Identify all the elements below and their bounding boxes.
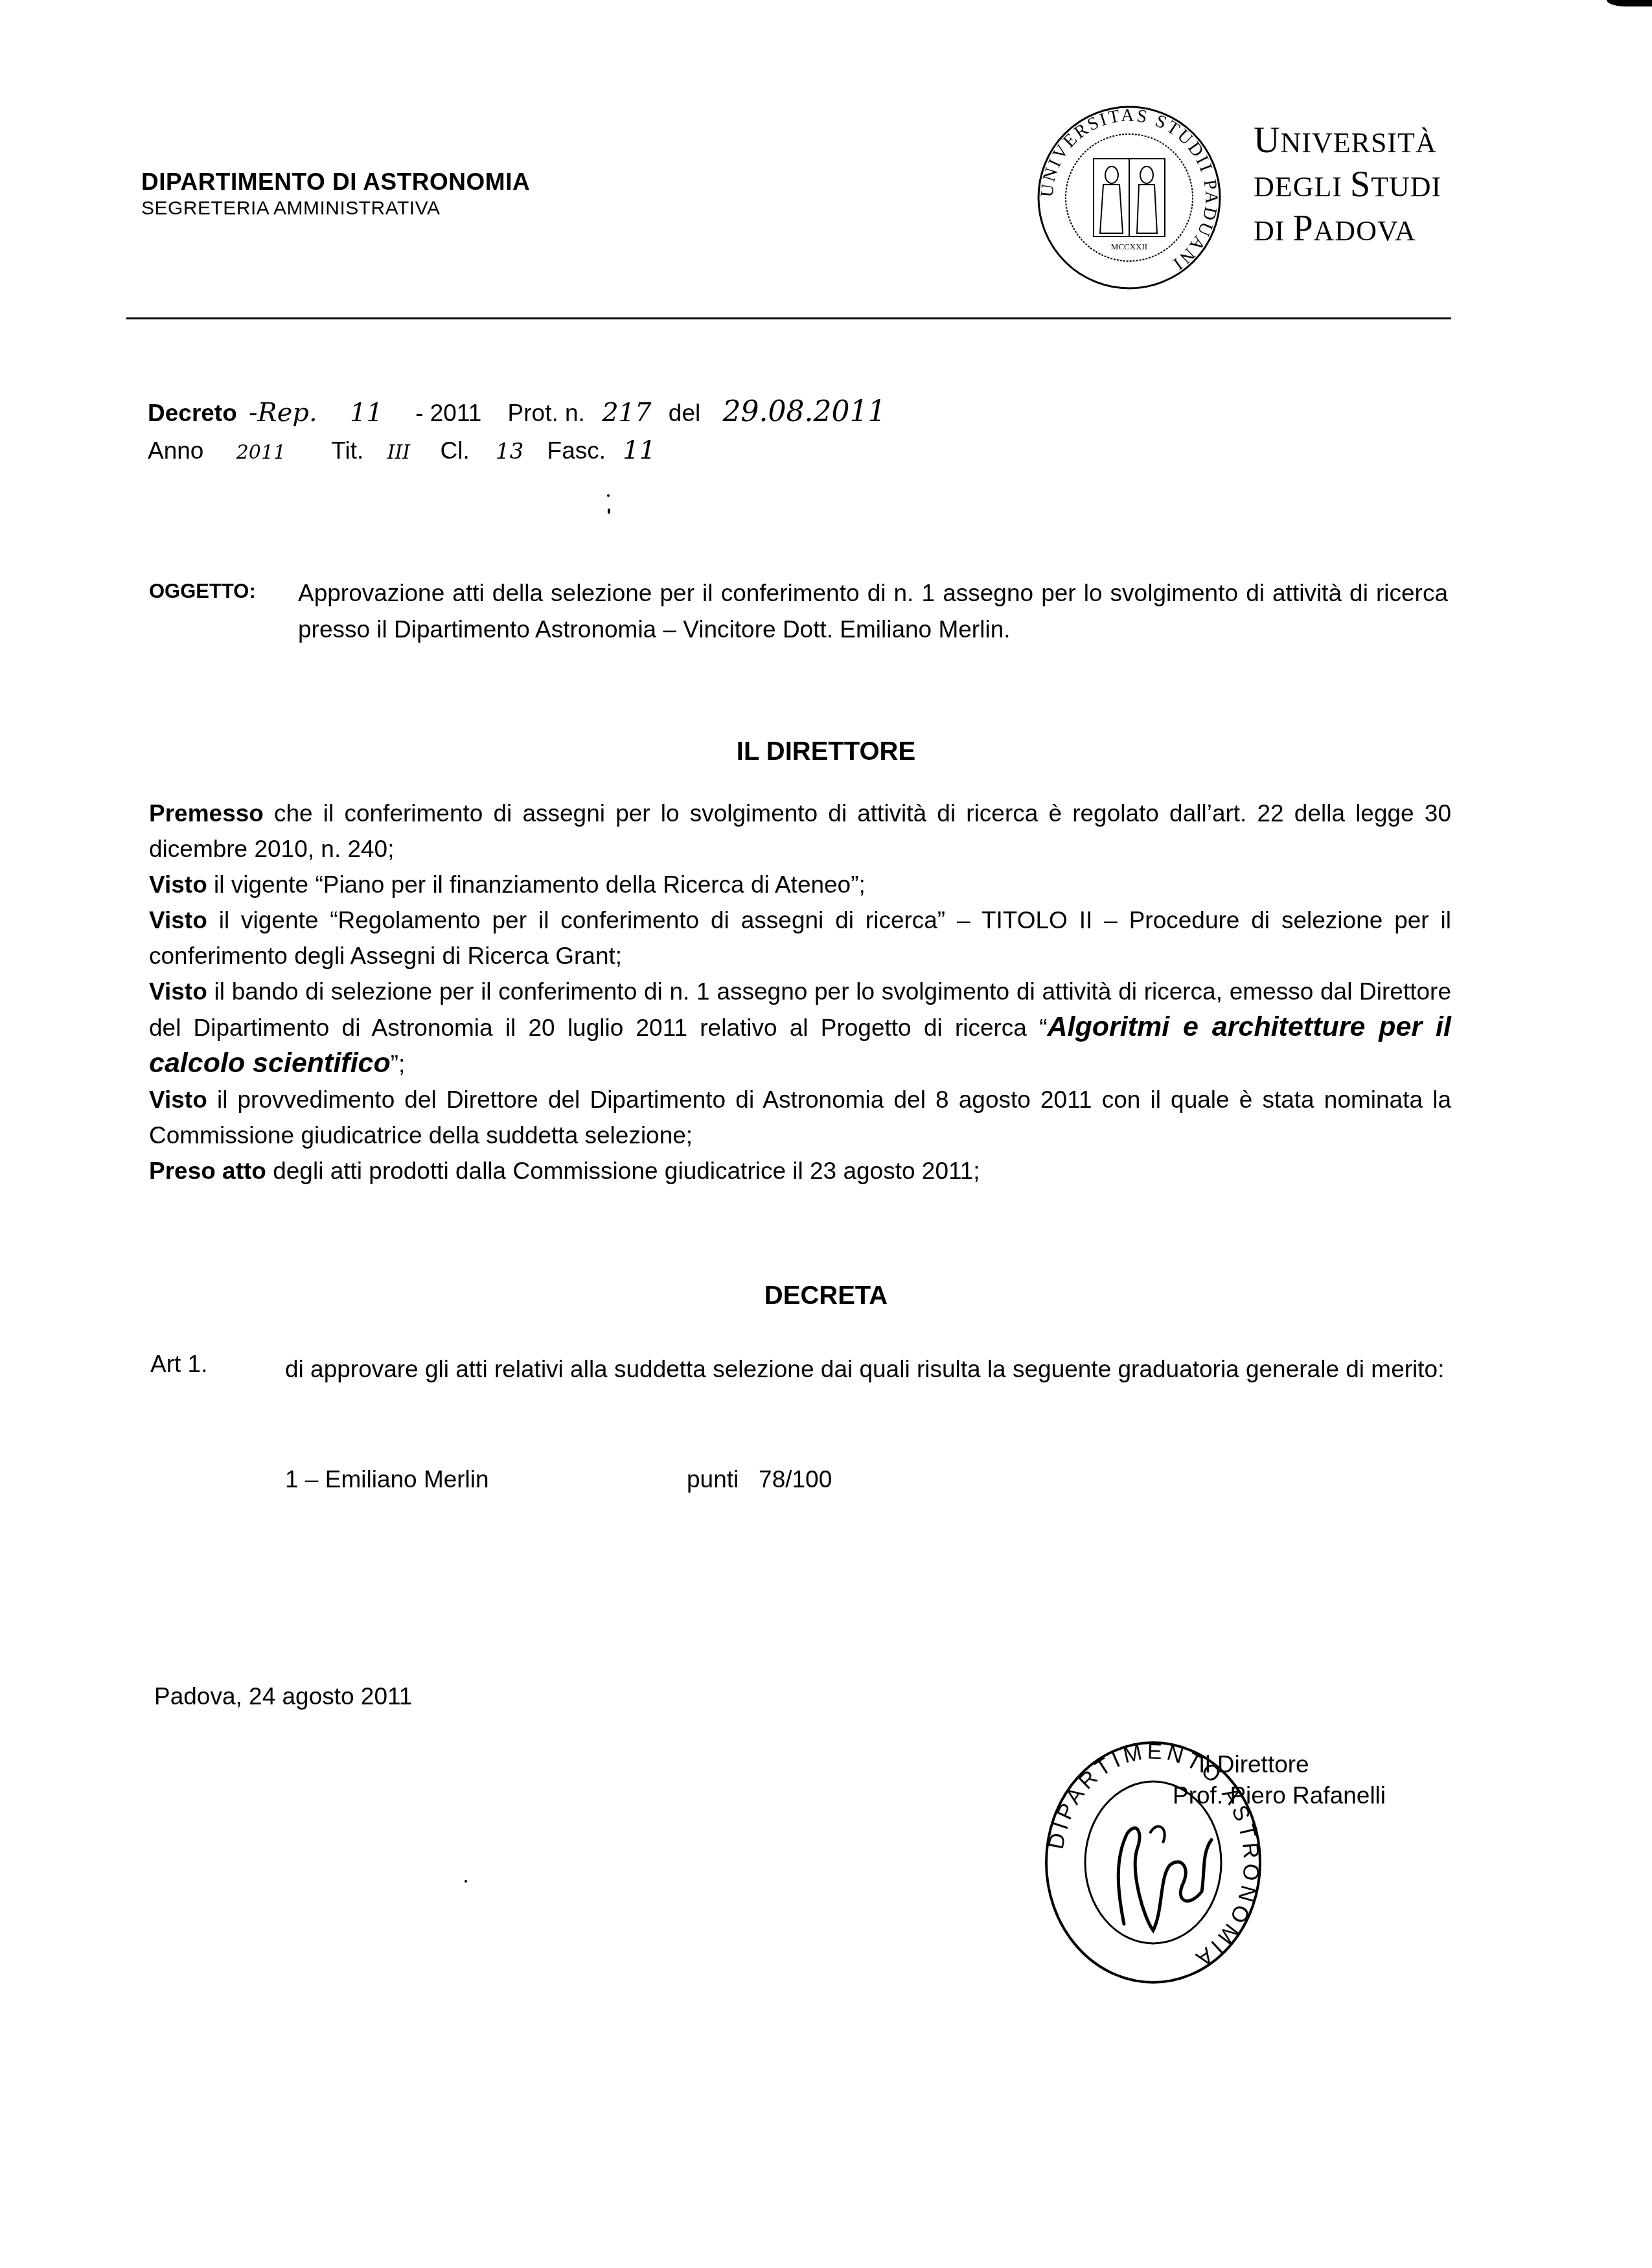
scan-speck: [607, 494, 610, 497]
ranking-entry: 1 – Emiliano Merlin: [285, 1466, 489, 1493]
del-date: 29.08.2011: [722, 395, 886, 428]
decreto-rep: -Rep.: [249, 398, 317, 428]
article-text: di approvare gli atti relativi alla sudd…: [285, 1351, 1448, 1388]
signature-block: Il Direttore Prof. Piero Rafanelli: [1173, 1749, 1386, 1811]
fasc-value: 11: [623, 435, 656, 465]
premise-5: Visto il provvedimento del Direttore del…: [149, 1082, 1451, 1153]
premise-3: Visto il vigente “Regolamento per il con…: [149, 902, 1451, 974]
protocol-line-2: Anno 2011 Tit. III Cl. 13 Fasc. 11: [148, 435, 656, 465]
decree-heading: DECRETA: [0, 1281, 1652, 1311]
scan-speck: [465, 1880, 467, 1883]
director-heading: IL DIRETTORE: [0, 737, 1652, 766]
university-seal-icon: UNIVERSITAS STUDII PADUANI MCCXXII: [1035, 104, 1223, 292]
cl-label: Cl.: [440, 437, 469, 464]
prot-number: 217: [602, 398, 651, 428]
ranking-score: punti 78/100: [687, 1466, 832, 1493]
cl-value: 13: [496, 439, 523, 464]
anno-label: Anno: [148, 437, 203, 464]
anno-value: 2011: [236, 441, 286, 464]
signatory-title: Il Direttore: [1173, 1749, 1386, 1780]
department-office: SEGRETERIA AMMINISTRATIVA: [141, 198, 440, 220]
decreto-number: 11: [350, 398, 383, 428]
scan-corner-mark: [1607, 0, 1652, 6]
prot-label: Prot. n.: [508, 400, 585, 426]
university-name: UNIVERSITÀ DEGLI STUDI DI PADOVA: [1254, 120, 1441, 252]
del-label: del: [669, 400, 700, 426]
article-label: Art 1.: [150, 1351, 207, 1378]
premise-4: Visto il bando di selezione per il confe…: [149, 974, 1451, 1082]
premise-2: Visto il vigente “Piano per il finanziam…: [149, 867, 1451, 902]
department-name: DIPARTIMENTO DI ASTRONOMIA: [141, 168, 530, 196]
header-divider: [126, 317, 1451, 319]
subject-label: OGGETTO:: [149, 580, 256, 603]
premise-1: Premesso che il conferimento di assegni …: [149, 796, 1451, 867]
tit-label: Tit.: [331, 437, 363, 464]
premises-block: Premesso che il conferimento di assegni …: [149, 796, 1451, 1189]
protocol-line-1: Decreto -Rep. 11 - 2011 Prot. n. 217 del…: [148, 395, 886, 428]
subject-text: Approvazione atti della selezione per il…: [298, 575, 1448, 648]
signatory-name: Prof. Piero Rafanelli: [1173, 1780, 1386, 1811]
tit-value: III: [387, 441, 411, 464]
fasc-label: Fasc.: [547, 437, 606, 464]
premise-6: Preso atto degli atti prodotti dalla Com…: [149, 1153, 1451, 1189]
decreto-label: Decreto: [148, 400, 237, 426]
decreto-year: - 2011: [415, 400, 481, 426]
place-date: Padova, 24 agosto 2011: [154, 1683, 412, 1710]
svg-text:MCCXXII: MCCXXII: [1111, 242, 1147, 251]
scan-speck: [608, 509, 610, 514]
